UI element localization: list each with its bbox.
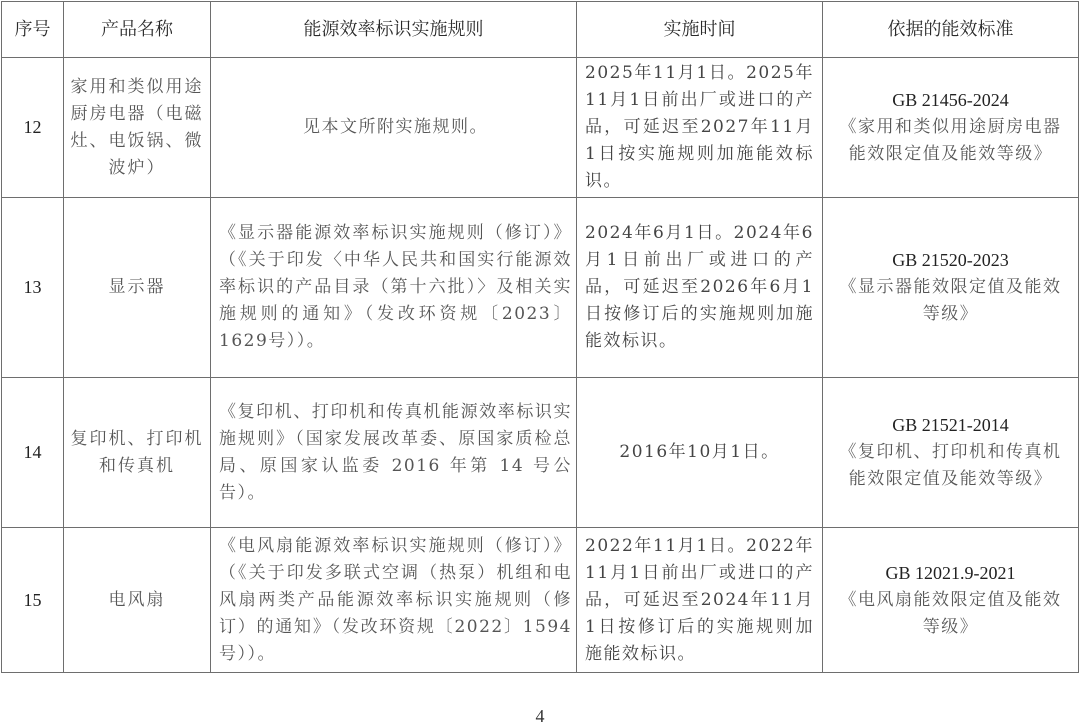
header-index: 序号 bbox=[2, 2, 64, 58]
product-name: 显示器 bbox=[64, 198, 211, 378]
table-row: 12 家用和类似用途厨房电器（电磁灶、电饭锅、微波炉） 见本文所附实施规则。 2… bbox=[2, 58, 1079, 198]
standard-code: GB 21521-2014 bbox=[831, 412, 1070, 439]
row-index: 15 bbox=[2, 528, 64, 673]
implementation-time: 2025年11月1日。2025年11月1日前出厂或进口的产品，可延迟至2027年… bbox=[577, 58, 823, 198]
table-row: 13 显示器 《显示器能源效率标识实施规则（修订）》（《关于印发〈中华人民共和国… bbox=[2, 198, 1079, 378]
implementation-time: 2016年10月1日。 bbox=[577, 378, 823, 528]
standard-name: 《家用和类似用途厨房电器能效限定值及能效等级》 bbox=[831, 114, 1070, 168]
standard-name: 《电风扇能效限定值及能效等级》 bbox=[831, 587, 1070, 641]
header-implementation-rule: 能源效率标识实施规则 bbox=[211, 2, 577, 58]
standard-name: 《复印机、打印机和传真机能效限定值及能效等级》 bbox=[831, 439, 1070, 493]
implementation-rule: 《显示器能源效率标识实施规则（修订）》（《关于印发〈中华人民共和国实行能源效率标… bbox=[211, 198, 577, 378]
standard-code: GB 12021.9-2021 bbox=[831, 560, 1070, 587]
product-name: 复印机、打印机和传真机 bbox=[64, 378, 211, 528]
implementation-rule: 《复印机、打印机和传真机能源效率标识实施规则》（国家发展改革委、原国家质检总局、… bbox=[211, 378, 577, 528]
header-product-name: 产品名称 bbox=[64, 2, 211, 58]
page-number: 4 bbox=[0, 706, 1080, 727]
row-index: 13 bbox=[2, 198, 64, 378]
energy-standard: GB 12021.9-2021 《电风扇能效限定值及能效等级》 bbox=[823, 528, 1079, 673]
standard-code: GB 21456-2024 bbox=[831, 87, 1070, 114]
product-name: 电风扇 bbox=[64, 528, 211, 673]
header-energy-standard: 依据的能效标准 bbox=[823, 2, 1079, 58]
row-index: 12 bbox=[2, 58, 64, 198]
row-index: 14 bbox=[2, 378, 64, 528]
header-implementation-time: 实施时间 bbox=[577, 2, 823, 58]
standard-code: GB 21520-2023 bbox=[831, 247, 1070, 274]
standard-name: 《显示器能效限定值及能效等级》 bbox=[831, 274, 1070, 328]
table-row: 14 复印机、打印机和传真机 《复印机、打印机和传真机能源效率标识实施规则》（国… bbox=[2, 378, 1079, 528]
implementation-rule: 《电风扇能源效率标识实施规则（修订）》（《关于印发多联式空调（热泵）机组和电风扇… bbox=[211, 528, 577, 673]
document-page: 序号 产品名称 能源效率标识实施规则 实施时间 依据的能效标准 12 家用和类似… bbox=[0, 0, 1080, 727]
implementation-rule: 见本文所附实施规则。 bbox=[211, 58, 577, 198]
energy-standard: GB 21520-2023 《显示器能效限定值及能效等级》 bbox=[823, 198, 1079, 378]
energy-standard: GB 21521-2014 《复印机、打印机和传真机能效限定值及能效等级》 bbox=[823, 378, 1079, 528]
energy-standard: GB 21456-2024 《家用和类似用途厨房电器能效限定值及能效等级》 bbox=[823, 58, 1079, 198]
energy-label-rules-table: 序号 产品名称 能源效率标识实施规则 实施时间 依据的能效标准 12 家用和类似… bbox=[1, 1, 1079, 673]
implementation-time: 2022年11月1日。2022年11月1日前出厂或进口的产品，可延迟至2024年… bbox=[577, 528, 823, 673]
table-header-row: 序号 产品名称 能源效率标识实施规则 实施时间 依据的能效标准 bbox=[2, 2, 1079, 58]
product-name: 家用和类似用途厨房电器（电磁灶、电饭锅、微波炉） bbox=[64, 58, 211, 198]
table-row: 15 电风扇 《电风扇能源效率标识实施规则（修订）》（《关于印发多联式空调（热泵… bbox=[2, 528, 1079, 673]
implementation-time: 2024年6月1日。2024年6月1日前出厂或进口的产品，可延迟至2026年6月… bbox=[577, 198, 823, 378]
